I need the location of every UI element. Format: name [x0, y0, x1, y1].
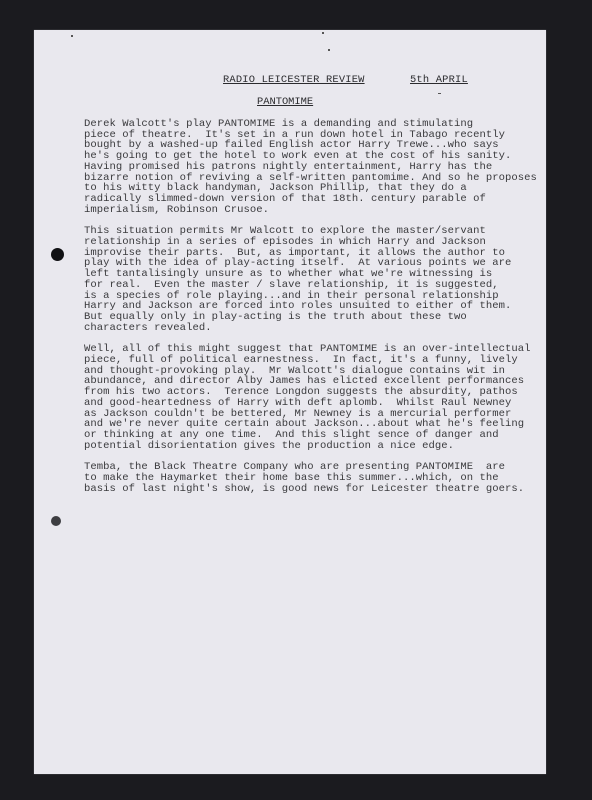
paper-speck: [71, 35, 73, 37]
paper-speck: [322, 32, 324, 34]
paragraph: This situation permits Mr Walcott to exp…: [84, 226, 544, 333]
paragraph: Temba, the Black Theatre Company who are…: [84, 462, 544, 494]
document-subtitle: PANTOMIME: [257, 96, 313, 108]
punch-hole: [51, 516, 61, 526]
paragraph: Derek Walcott's play PANTOMIME is a dema…: [84, 119, 544, 215]
paper-speck: [328, 49, 330, 51]
punch-hole: [51, 248, 64, 261]
paragraph: Well, all of this might suggest that PAN…: [84, 344, 544, 451]
document-title: RADIO LEICESTER REVIEW: [223, 74, 365, 86]
document-body: Derek Walcott's play PANTOMIME is a dema…: [84, 119, 544, 506]
document-page: RADIO LEICESTER REVIEW 5th APRIL PANTOMI…: [34, 30, 546, 774]
paper-speck: [438, 93, 441, 94]
document-date: 5th APRIL: [410, 74, 468, 86]
